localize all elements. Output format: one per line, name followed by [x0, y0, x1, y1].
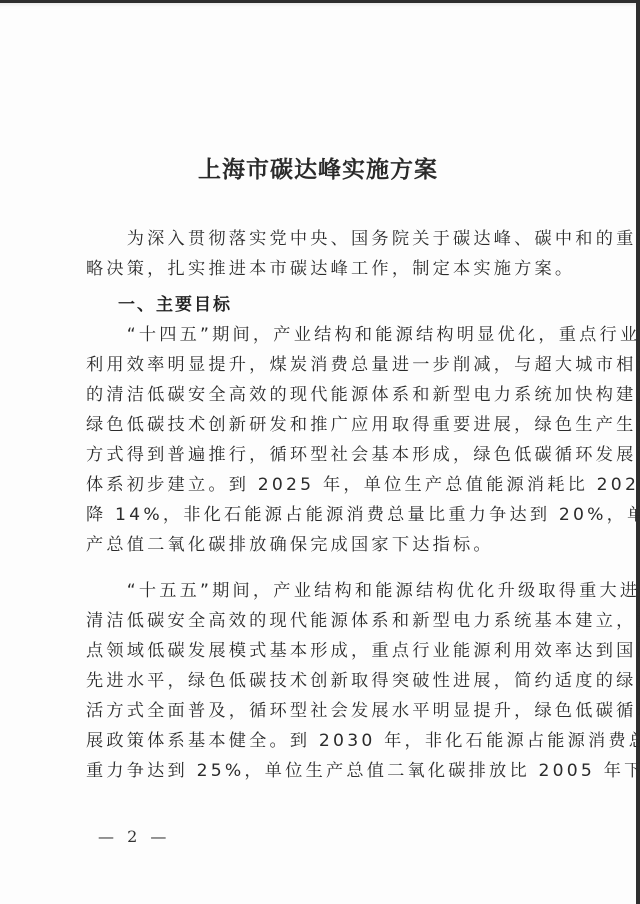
document-title: 上海市碳达峰实施方案 — [0, 151, 636, 184]
paragraph-line: 点领域低碳发展模式基本形成，重点行业能源利用效率达到国际 — [86, 636, 640, 666]
paragraph-line: 方式得到普遍推行，循环型社会基本形成，绿色低碳循环发展政策 — [86, 440, 640, 470]
document-page: 上海市碳达峰实施方案 为深入贯彻落实党中央、国务院关于碳达峰、碳中和的重大战 略… — [0, 3, 636, 904]
paragraph-line: 展政策体系基本健全。到 2030 年，非化石能源占能源消费总量比 — [86, 726, 640, 756]
page-number: — 2 — — [98, 827, 170, 846]
paragraph-line: 体系初步建立。到 2025 年，单位生产总值能源消耗比 2020 年下 — [86, 470, 640, 500]
paragraph-line: 的清洁低碳安全高效的现代能源体系和新型电力系统加快构建， — [86, 380, 640, 410]
paragraph-line: “十五五”期间，产业结构和能源结构优化升级取得重大进展， — [86, 576, 640, 606]
intro-line: 为深入贯彻落实党中央、国务院关于碳达峰、碳中和的重大战 — [86, 224, 640, 254]
paragraph-line: 活方式全面普及，循环型社会发展水平明显提升，绿色低碳循环发 — [86, 696, 640, 726]
intro-line: 略决策，扎实推进本市碳达峰工作，制定本实施方案。 — [86, 254, 575, 284]
paragraph-line: 先进水平，绿色低碳技术创新取得突破性进展，简约适度的绿色生 — [86, 666, 640, 696]
paragraph-line: 清洁低碳安全高效的现代能源体系和新型电力系统基本建立，重 — [86, 606, 640, 636]
paragraph-line: 产总值二氧化碳排放确保完成国家下达指标。 — [86, 530, 494, 560]
section-heading: 一、主要目标 — [118, 290, 232, 315]
paragraph-line: “十四五”期间，产业结构和能源结构明显优化，重点行业能源 — [86, 320, 640, 350]
paragraph-line: 重力争达到 25%，单位生产总值二氧化碳排放比 2005 年下降 — [86, 756, 640, 786]
paragraph-line: 绿色低碳技术创新研发和推广应用取得重要进展，绿色生产生活 — [86, 410, 640, 440]
paragraph-line: 利用效率明显提升，煤炭消费总量进一步削减，与超大城市相适应 — [86, 350, 640, 380]
paragraph-line: 降 14%，非化石能源占能源消费总量比重力争达到 20%，单位生 — [86, 500, 640, 530]
